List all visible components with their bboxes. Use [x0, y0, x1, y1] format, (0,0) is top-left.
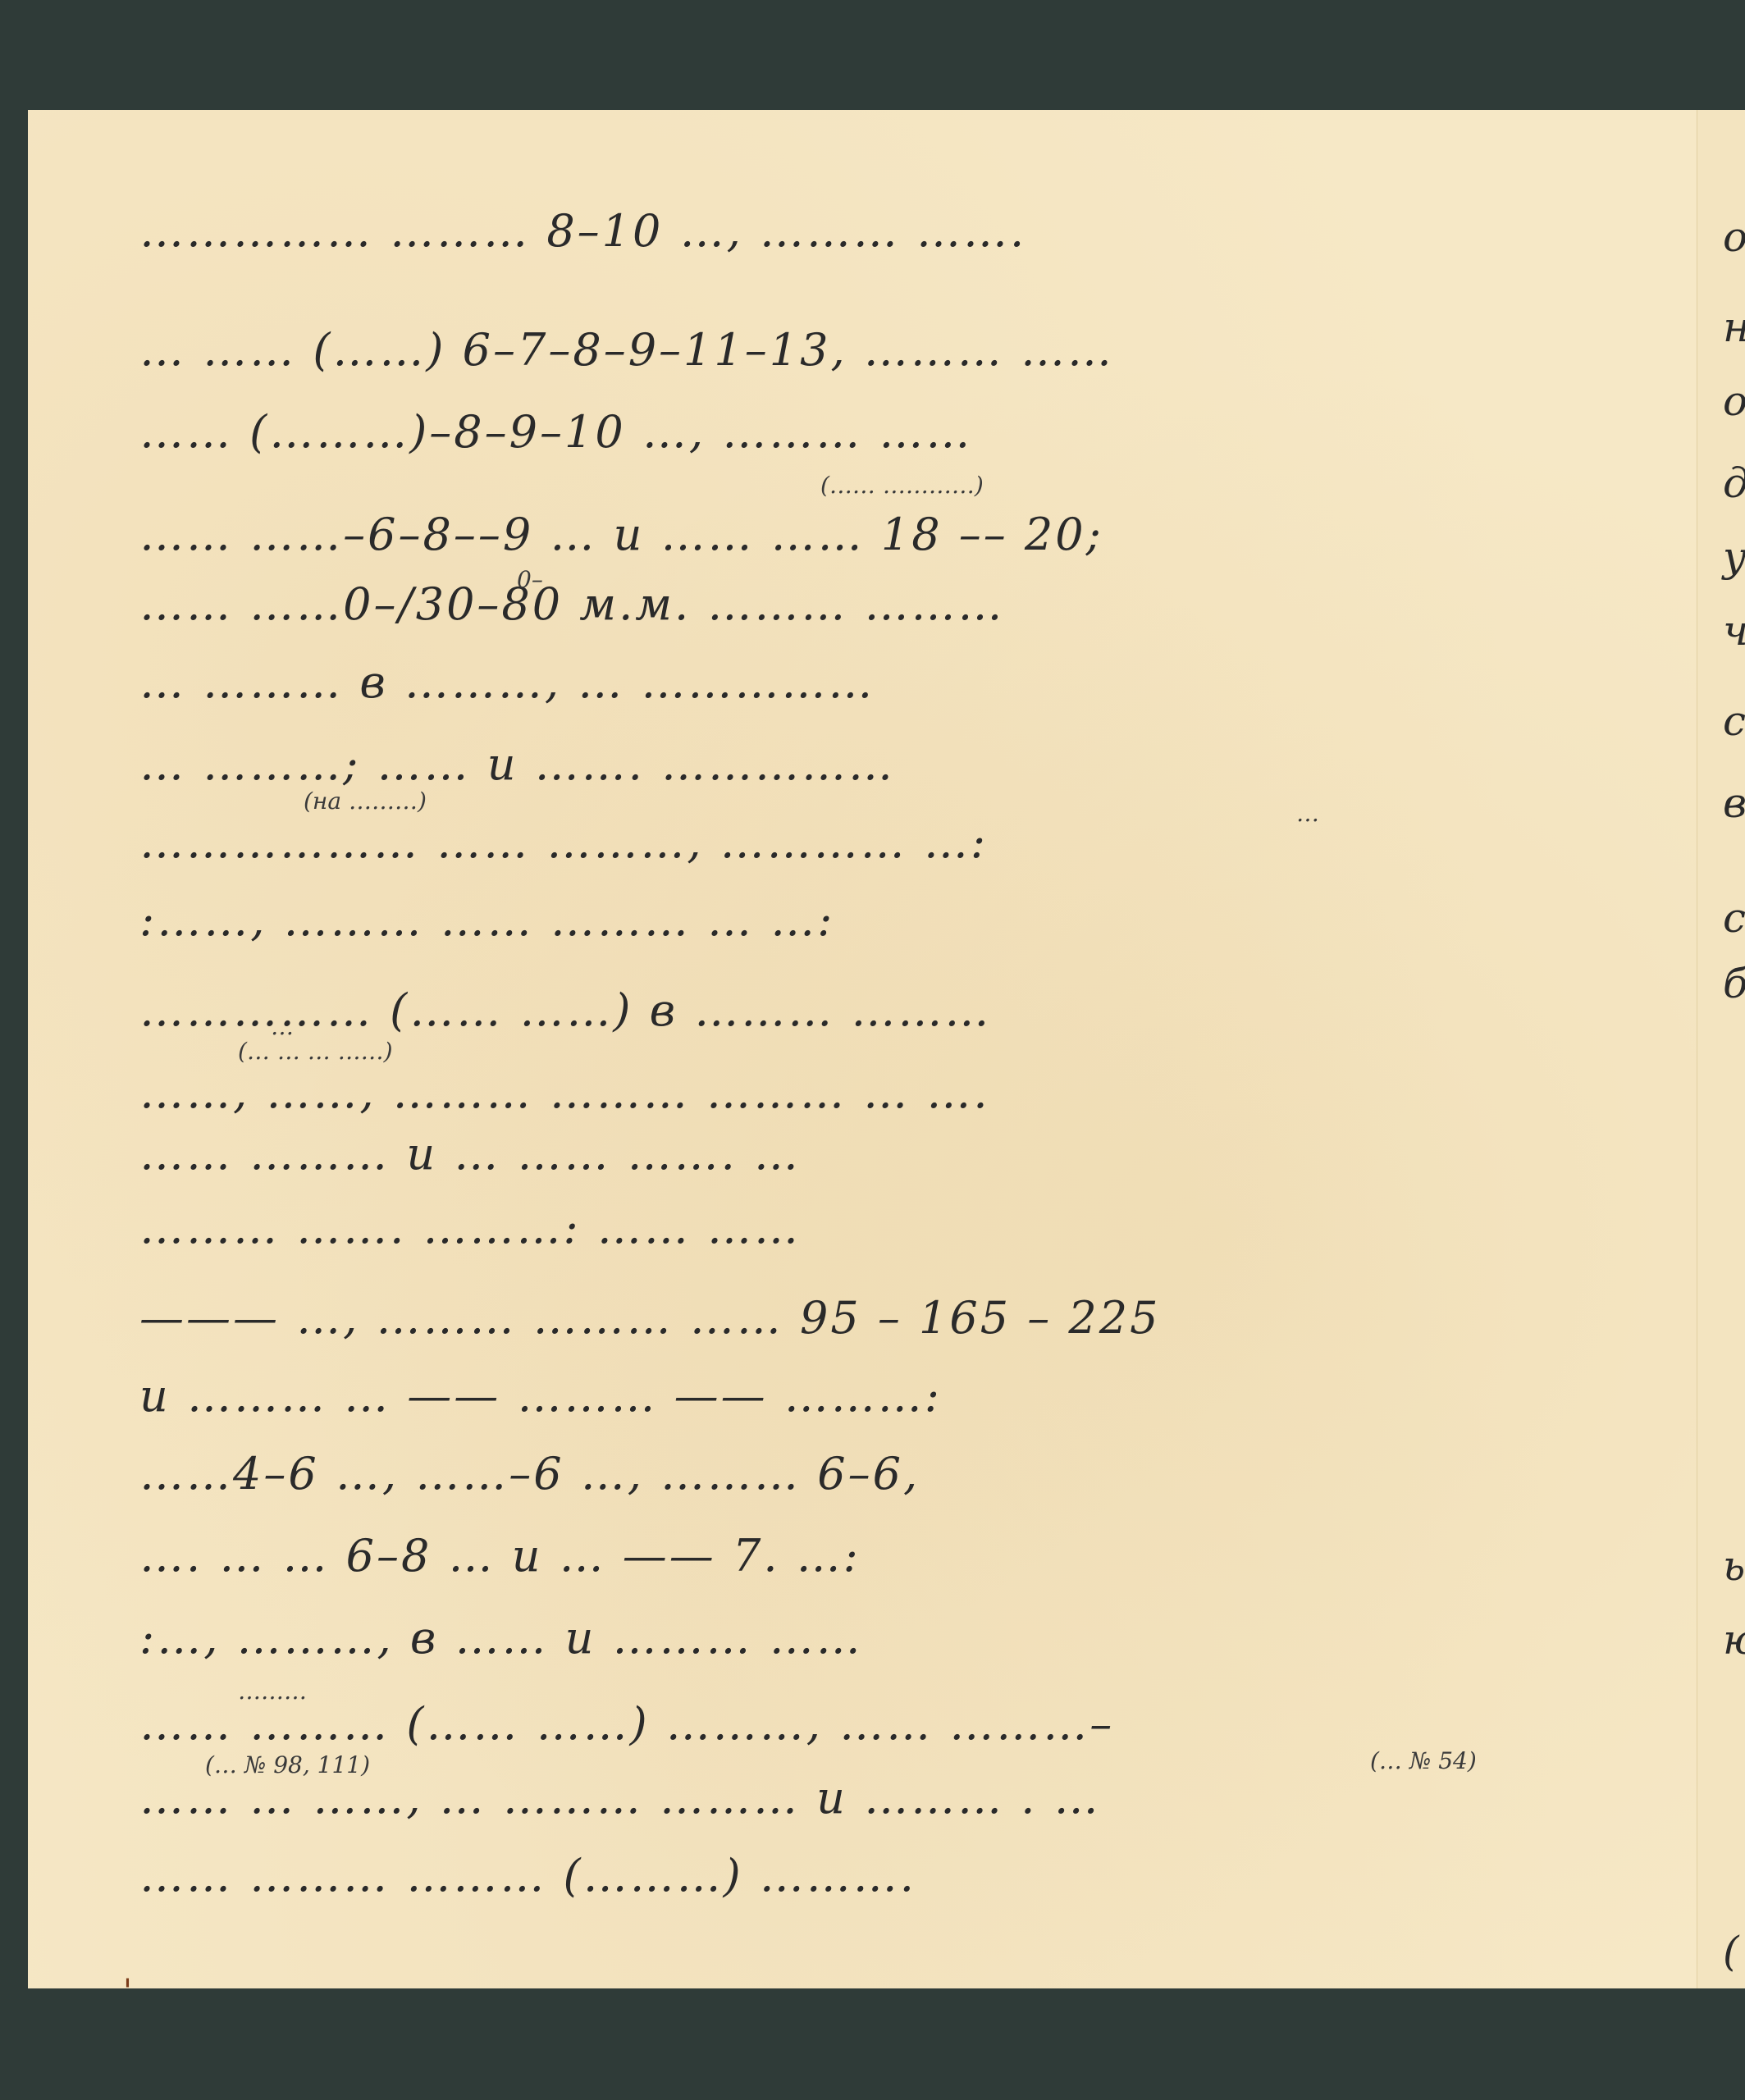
- next-page-glyph: ч: [1723, 607, 1745, 655]
- interlinear-note: (на ………): [304, 787, 427, 815]
- manuscript-line: … ……… в ………, … ……………: [139, 656, 875, 708]
- next-page-glyph: с: [1723, 697, 1745, 745]
- interlinear-note: …: [1296, 800, 1319, 827]
- next-page-glyph: б: [1723, 960, 1745, 1007]
- manuscript-line: :…, ………, в …… и ……… ……: [139, 1612, 863, 1664]
- manuscript-line: и ……… … —— ……… —— ………:: [139, 1370, 942, 1422]
- next-page-glyph: (: [1723, 1928, 1739, 1975]
- interlinear-note: (…… …………): [820, 472, 984, 499]
- manuscript-line: …… ……… ……… (………) ……….: [139, 1850, 916, 1901]
- next-page-glyph: ы: [1723, 1542, 1745, 1590]
- manuscript-line: ——— …, ……… ……… …… 95 – 165 – 225: [139, 1292, 1161, 1344]
- next-page-glyph: д: [1723, 459, 1745, 507]
- manuscript-line: …… … ……, … ……… ……… и ……… . …: [139, 1772, 1101, 1824]
- next-page-glyph: с: [1723, 894, 1745, 942]
- manuscript-line: …………… (…… ……) в ……… ………: [139, 984, 991, 1036]
- manuscript-line: …… ……… и … …… ……. …: [139, 1128, 801, 1180]
- manuscript-line: … ………; …… и ……. ……………: [139, 738, 895, 790]
- manuscript-line: ……… ……. ………: …… ……: [139, 1202, 801, 1253]
- next-page-glyph: ю: [1723, 1616, 1745, 1664]
- interlinear-note: (… … … ……): [238, 1038, 393, 1065]
- interlinear-note: ………: [238, 1678, 307, 1705]
- next-page-glyph: у: [1723, 533, 1745, 581]
- manuscript-line: … …… (……) 6–7–8–9–11–13, ……… ……: [139, 324, 1114, 376]
- manuscript-line: ……4–6 …, ……–6 …, ……… 6–6,: [139, 1448, 920, 1500]
- manuscript-line: …… ……0–/30–80 м.м. ……… ………: [139, 578, 1005, 630]
- ink-speck: ': [123, 1973, 132, 2011]
- manuscript-line: ……, ……, ……… ……… ……… … ….: [139, 1066, 990, 1118]
- next-page-glyph: о: [1723, 213, 1745, 261]
- manuscript-line: …………… ……… 8–10 …, ……… …….: [139, 205, 1026, 257]
- interlinear-note: 0–: [517, 566, 543, 593]
- interlinear-note: …: [271, 1013, 294, 1040]
- next-page-glyph: в: [1723, 779, 1745, 827]
- next-page-glyph: о: [1723, 377, 1745, 425]
- next-page-glyph: н: [1723, 304, 1745, 351]
- manuscript-line: ……………… …… ………, ………… …:: [139, 816, 988, 868]
- interlinear-note: (… № 98, 111): [205, 1751, 370, 1778]
- interlinear-note: (… № 54): [1370, 1747, 1477, 1774]
- manuscript-line: …. … … 6–8 … и … —— 7. …:: [139, 1530, 861, 1582]
- manuscript-line: …… ……–6–8––9 … и …… …… 18 –– 20;: [139, 509, 1103, 560]
- manuscript-line: :……, ……… …… ……… … …:: [139, 894, 834, 946]
- manuscript-line: …… (………)–8–9–10 …, ……… ……: [139, 406, 972, 458]
- manuscript-line: …… ……… (…… ……) ………, …… ………–: [139, 1698, 1114, 1750]
